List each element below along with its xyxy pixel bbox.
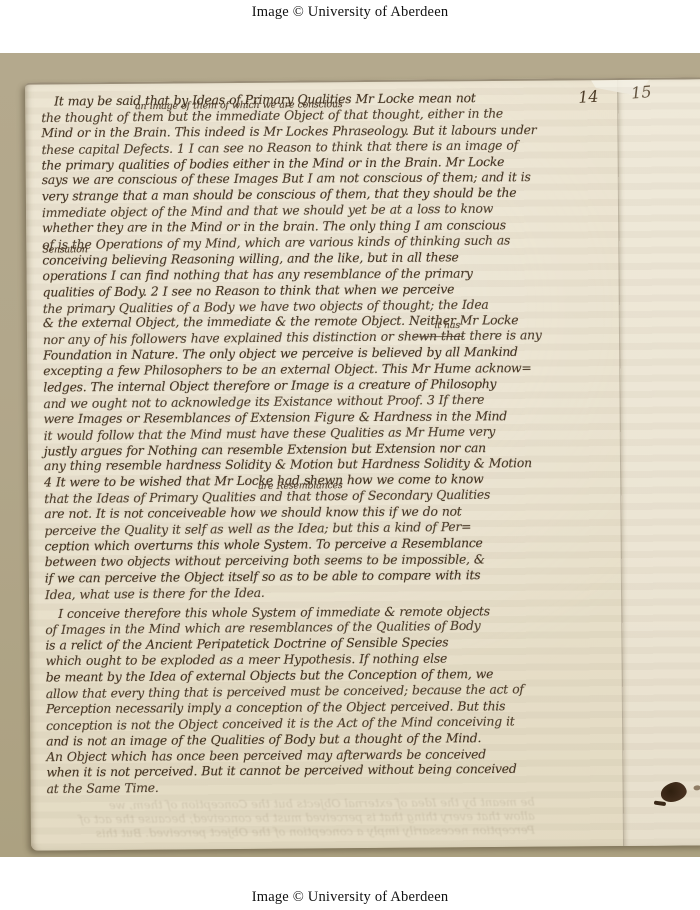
manuscript-line-text: ception which overturns this whole Syste… (45, 535, 483, 553)
copyright-caption-bottom: Image © University of Aberdeen (0, 889, 700, 906)
interlinear-insertion: are Resemblances (258, 481, 342, 491)
manuscript-line-text: which ought to be exploded as a meer Hyp… (45, 651, 447, 668)
adjacent-page-15-edge (617, 79, 700, 846)
verso-show-through: be meant by the Idea of external Objects… (65, 795, 535, 841)
manuscript-text: It may be said that by Ideas of Primary … (41, 89, 569, 796)
manuscript-line-text: operations I can find nothing that has a… (42, 265, 472, 283)
copyright-caption-top: Image © University of Aberdeen (0, 4, 700, 21)
verso-ghost-line: Perception necessarily imply a conceptio… (65, 823, 535, 841)
manuscript-scan: 14 15 It may be said that by Ideas of Pr… (0, 53, 700, 857)
interlinear-insertion: an image of them of which we are conscio… (135, 100, 342, 111)
manuscript-line-text: and is not an image of the Qualities of … (46, 730, 481, 748)
page-number-14: 14 (578, 87, 599, 107)
manuscript-line-text: An Object which has once been perceived … (46, 746, 486, 764)
manuscript-line-text: Idea, what use is there for the Idea. (45, 584, 265, 601)
manuscript-line-text: between two objects without perceiving b… (45, 551, 485, 569)
manuscript-page-14: 14 15 It may be said that by Ideas of Pr… (25, 77, 700, 850)
manuscript-line-text: qualities of Body. 2 I see no Reason to … (43, 281, 455, 299)
page-number-15: 15 (630, 82, 652, 103)
ink-speck (694, 785, 700, 790)
interlinear-insertion: Sensation (42, 245, 87, 254)
manuscript-line-text: at the Same Time. (46, 780, 158, 796)
interlinear-insertion: it has (434, 321, 460, 330)
manuscript-line-text: conceiving believing Reasoning willing, … (42, 249, 458, 267)
